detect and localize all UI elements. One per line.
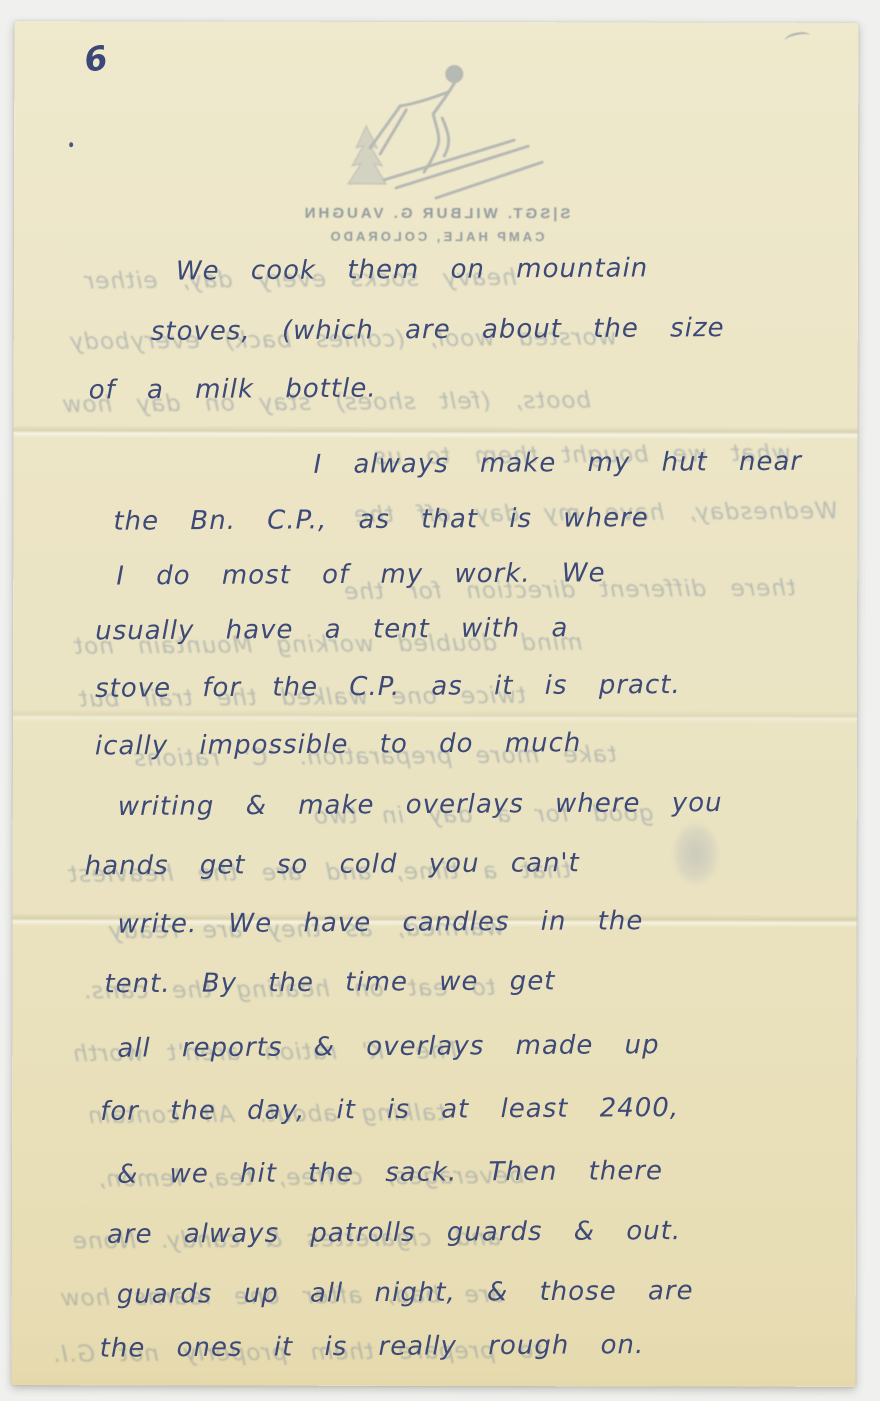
letter-line: write. We have candles in the	[117, 906, 643, 939]
letterhead-location: CAMP HALE, COLORADO	[14, 228, 858, 245]
letter-line: writing & make overlays where you	[118, 788, 723, 822]
letter-line: the Bn. C.P., as that is where	[113, 503, 649, 537]
letter-line: stove for the C.P. as it is pract.	[95, 670, 681, 704]
stray-ink-mark	[784, 30, 812, 46]
skier-illustration	[336, 56, 548, 208]
letter-line: hands get so cold you can't	[85, 848, 580, 881]
letter-line: ically impossible to do much	[95, 728, 582, 761]
letter-line: I always make my hut near	[313, 447, 802, 480]
letter-line: stoves, (which are about the size	[151, 313, 725, 347]
letter-line: We cook them on mountain	[176, 253, 649, 286]
skier-head	[445, 65, 463, 83]
letter-line: tent. By the time we get	[104, 966, 555, 999]
letterhead-name: S|SGT. WILBUR G. VAUGHN	[14, 204, 858, 223]
letter-line: the ones it is really rough on.	[100, 1330, 645, 1364]
letter-line: I do most of my work. We	[116, 558, 606, 591]
fold-crease	[13, 709, 857, 724]
fold-crease	[14, 425, 858, 440]
ink-dot	[69, 142, 73, 147]
letter-line: guards up all night, & those are	[117, 1276, 694, 1310]
ink-smudge	[673, 822, 719, 884]
letter-line: usually have a tent with a	[95, 613, 568, 646]
letter-page: 6 S|SGT. WILBUR G. VAUGHN CAMP HALE, COL…	[12, 21, 859, 1387]
page-number: 6	[81, 38, 110, 80]
letter-line: for the day, it is at least 2400,	[100, 1093, 679, 1127]
letter-line: & we hit the sack. Then there	[117, 1156, 663, 1190]
letter-line: all reports & overlays made up	[117, 1030, 660, 1064]
letter-line: are always patrolls guards & out.	[107, 1216, 681, 1250]
letter-line: of a milk bottle.	[89, 374, 377, 406]
